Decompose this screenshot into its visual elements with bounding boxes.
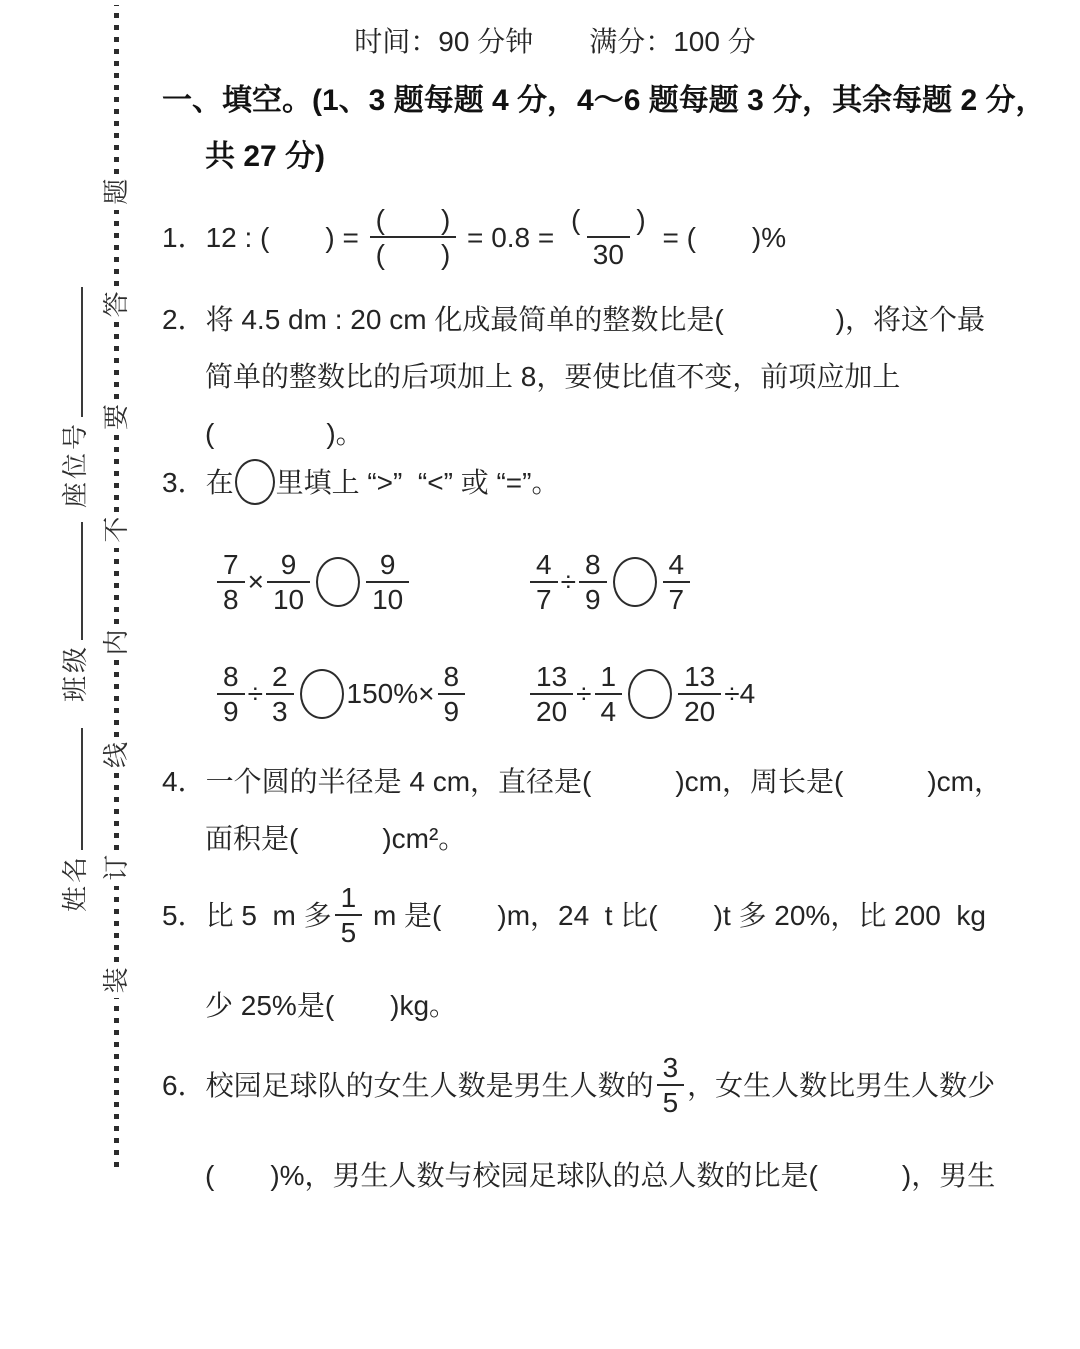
fraction-numerator: 13 — [530, 660, 573, 693]
fraction-denominator: 7 — [663, 581, 691, 616]
q5-text: 5．比 5 m 多 — [162, 898, 332, 933]
compare-2-left: 8 9 ÷ 2 3 150%× 8 9 — [214, 646, 468, 742]
question-1: 1．12 : ( ) = ( ) ( ) = 0.8 = ( ) 30 = ( … — [162, 196, 786, 278]
compare-1-right: 4 7 ÷ 8 9 4 7 — [527, 534, 693, 630]
compare-1-left: 7 8 × 9 10 9 10 — [214, 534, 412, 630]
circle-blank — [316, 557, 360, 607]
fraction-denominator: 30 — [587, 236, 630, 271]
fraction-denominator: 9 — [217, 693, 245, 728]
question-4-line2: 面积是( )cm²。 — [205, 821, 466, 856]
fraction-denominator: 10 — [267, 581, 310, 616]
dotted-segment — [114, 886, 119, 963]
fraction: 8 9 — [438, 660, 466, 729]
seat-number-blank — [81, 287, 83, 417]
question-3: 3．在 里填上 “>” “<” 或 “=”。 — [162, 458, 559, 506]
binding-char: 装 — [103, 967, 129, 993]
fraction-numerator: 4 — [530, 548, 558, 581]
fraction-denominator: 5 — [657, 1084, 685, 1119]
fraction-blank: ( ) ( ) — [370, 203, 457, 272]
fraction-denominator: 4 — [595, 693, 623, 728]
seat-number-field: 座位号 — [58, 258, 88, 508]
circle-blank — [235, 459, 275, 505]
fraction-numerator: 4 — [663, 548, 691, 581]
fraction-denominator: 9 — [438, 693, 466, 728]
q5-text: m 是( )m，24 t 比( )t 多 20%，比 200 kg — [365, 898, 986, 933]
fraction: 9 10 — [366, 548, 409, 617]
dotted-segment — [114, 998, 119, 1167]
dotted-segment — [114, 322, 119, 399]
fraction-denominator: 20 — [678, 693, 721, 728]
dotted-segment — [114, 773, 119, 850]
q1-text: 1．12 : ( ) = — [162, 220, 367, 255]
fraction: 9 10 — [267, 548, 310, 617]
name-label: 姓名 — [55, 854, 92, 912]
fraction-numerator: 3 — [657, 1051, 685, 1084]
question-4-line1: 4．一个圆的半径是 4 cm，直径是( )cm，周长是( )cm， — [162, 764, 1002, 799]
fraction: 4 7 — [530, 548, 558, 617]
fraction-denominator: 8 — [217, 581, 245, 616]
dotted-segment — [114, 548, 119, 625]
fraction: 8 9 — [217, 660, 245, 729]
compare-row-1: 7 8 × 9 10 9 10 4 7 ÷ 8 9 — [162, 534, 1062, 630]
question-2-line2: 简单的整数比的后项加上 8，要使比值不变，前项应加上 — [205, 359, 900, 394]
q3-text: 3．在 — [162, 465, 234, 500]
fraction-numerator: ( ) — [565, 203, 652, 236]
fraction-numerator: 9 — [275, 548, 303, 581]
circle-blank — [613, 557, 657, 607]
dotted-segment — [114, 210, 119, 287]
fraction: 7 8 — [217, 548, 245, 617]
fraction-denominator: ( ) — [370, 236, 457, 271]
fraction: 1 5 — [335, 881, 363, 950]
fraction-denominator: 10 — [366, 581, 409, 616]
seat-number-label: 座位号 — [55, 421, 92, 508]
fraction: 13 20 — [530, 660, 573, 729]
fraction-numerator: ( ) — [370, 203, 457, 236]
operator: × — [248, 566, 264, 598]
section-title-line1: 一、填空。(1、3 题每题 4 分，4～6 题每题 3 分，其余每题 2 分， — [162, 82, 1045, 120]
q3-text: 里填上 “>” “<” 或 “=”。 — [276, 465, 560, 500]
circle-blank — [300, 669, 344, 719]
fraction: 4 7 — [663, 548, 691, 617]
question-2-line1: 2．将 4.5 dm : 20 cm 化成最简单的整数比是( )，将这个最 — [162, 302, 985, 337]
binding-char: 题 — [103, 179, 129, 205]
fraction: 2 3 — [266, 660, 294, 729]
fraction-denominator: 20 — [530, 693, 573, 728]
fraction-numerator: 8 — [438, 660, 466, 693]
name-field: 姓名 — [58, 712, 88, 912]
fraction: 3 5 — [657, 1051, 685, 1120]
exam-page: 装 订 线 内 不 要 答 题 座位号 班级 姓名 时间：90 分钟 满分：10… — [0, 0, 1080, 1349]
binding-char: 订 — [103, 855, 129, 881]
operator: ÷ — [561, 566, 576, 598]
operator: ÷ — [248, 678, 263, 710]
fraction-denominator: 3 — [266, 693, 294, 728]
dotted-segment — [114, 5, 119, 174]
question-6: 6．校园足球队的女生人数是男生人数的 3 5 ，女生人数比男生人数少 — [162, 1042, 995, 1128]
fraction-numerator: 1 — [595, 660, 623, 693]
fraction-numerator: 8 — [579, 548, 607, 581]
fraction-numerator: 13 — [678, 660, 721, 693]
fraction: 8 9 — [579, 548, 607, 617]
q6-text: 6．校园足球队的女生人数是男生人数的 — [162, 1068, 654, 1103]
name-blank — [81, 728, 83, 850]
exam-header: 时间：90 分钟 满分：100 分 — [150, 24, 960, 59]
binding-line: 装 订 线 内 不 要 答 题 — [102, 0, 130, 1172]
fraction-numerator: 2 — [266, 660, 294, 693]
class-label: 班级 — [55, 644, 92, 702]
fraction: 1 4 — [595, 660, 623, 729]
q1-text: = 0.8 = — [459, 220, 562, 255]
question-5-line2: 少 25%是( )kg。 — [205, 988, 457, 1023]
class-field: 班级 — [58, 507, 88, 702]
compare-row-2: 8 9 ÷ 2 3 150%× 8 9 13 20 ÷ 1 4 — [162, 646, 1062, 742]
fraction-numerator: 9 — [374, 548, 402, 581]
question-6-line2: ( )%，男生人数与校园足球队的总人数的比是( )，男生 — [205, 1158, 995, 1193]
binding-char: 线 — [103, 742, 129, 768]
compare-2-right: 13 20 ÷ 1 4 13 20 ÷4 — [527, 646, 755, 742]
circle-blank — [628, 669, 672, 719]
fraction-denominator: 9 — [579, 581, 607, 616]
q6-text: ，女生人数比男生人数少 — [687, 1068, 995, 1103]
binding-char: 答 — [103, 291, 129, 317]
fraction-numerator: 1 — [335, 881, 363, 914]
question-5: 5．比 5 m 多 1 5 m 是( )m，24 t 比( )t 多 20%，比… — [162, 872, 986, 958]
question-2-line3: ( )。 — [205, 416, 364, 451]
dotted-segment — [114, 435, 119, 512]
section-title-line2: 共 27 分) — [205, 138, 325, 176]
fraction-denominator: 7 — [530, 581, 558, 616]
fraction-blank: ( ) 30 — [565, 203, 652, 272]
class-blank — [81, 522, 83, 640]
fraction-numerator: 8 — [217, 660, 245, 693]
fraction: 13 20 — [678, 660, 721, 729]
dotted-segment — [114, 660, 119, 737]
divisor-term: ÷4 — [724, 678, 755, 710]
binding-char: 内 — [103, 629, 129, 655]
binding-char: 要 — [103, 404, 129, 430]
percent-term: 150%× — [347, 678, 435, 710]
fraction-numerator: 7 — [217, 548, 245, 581]
binding-char: 不 — [103, 517, 129, 543]
operator: ÷ — [576, 678, 591, 710]
fraction-denominator: 5 — [335, 914, 363, 949]
q1-text: = ( )% — [655, 220, 786, 255]
